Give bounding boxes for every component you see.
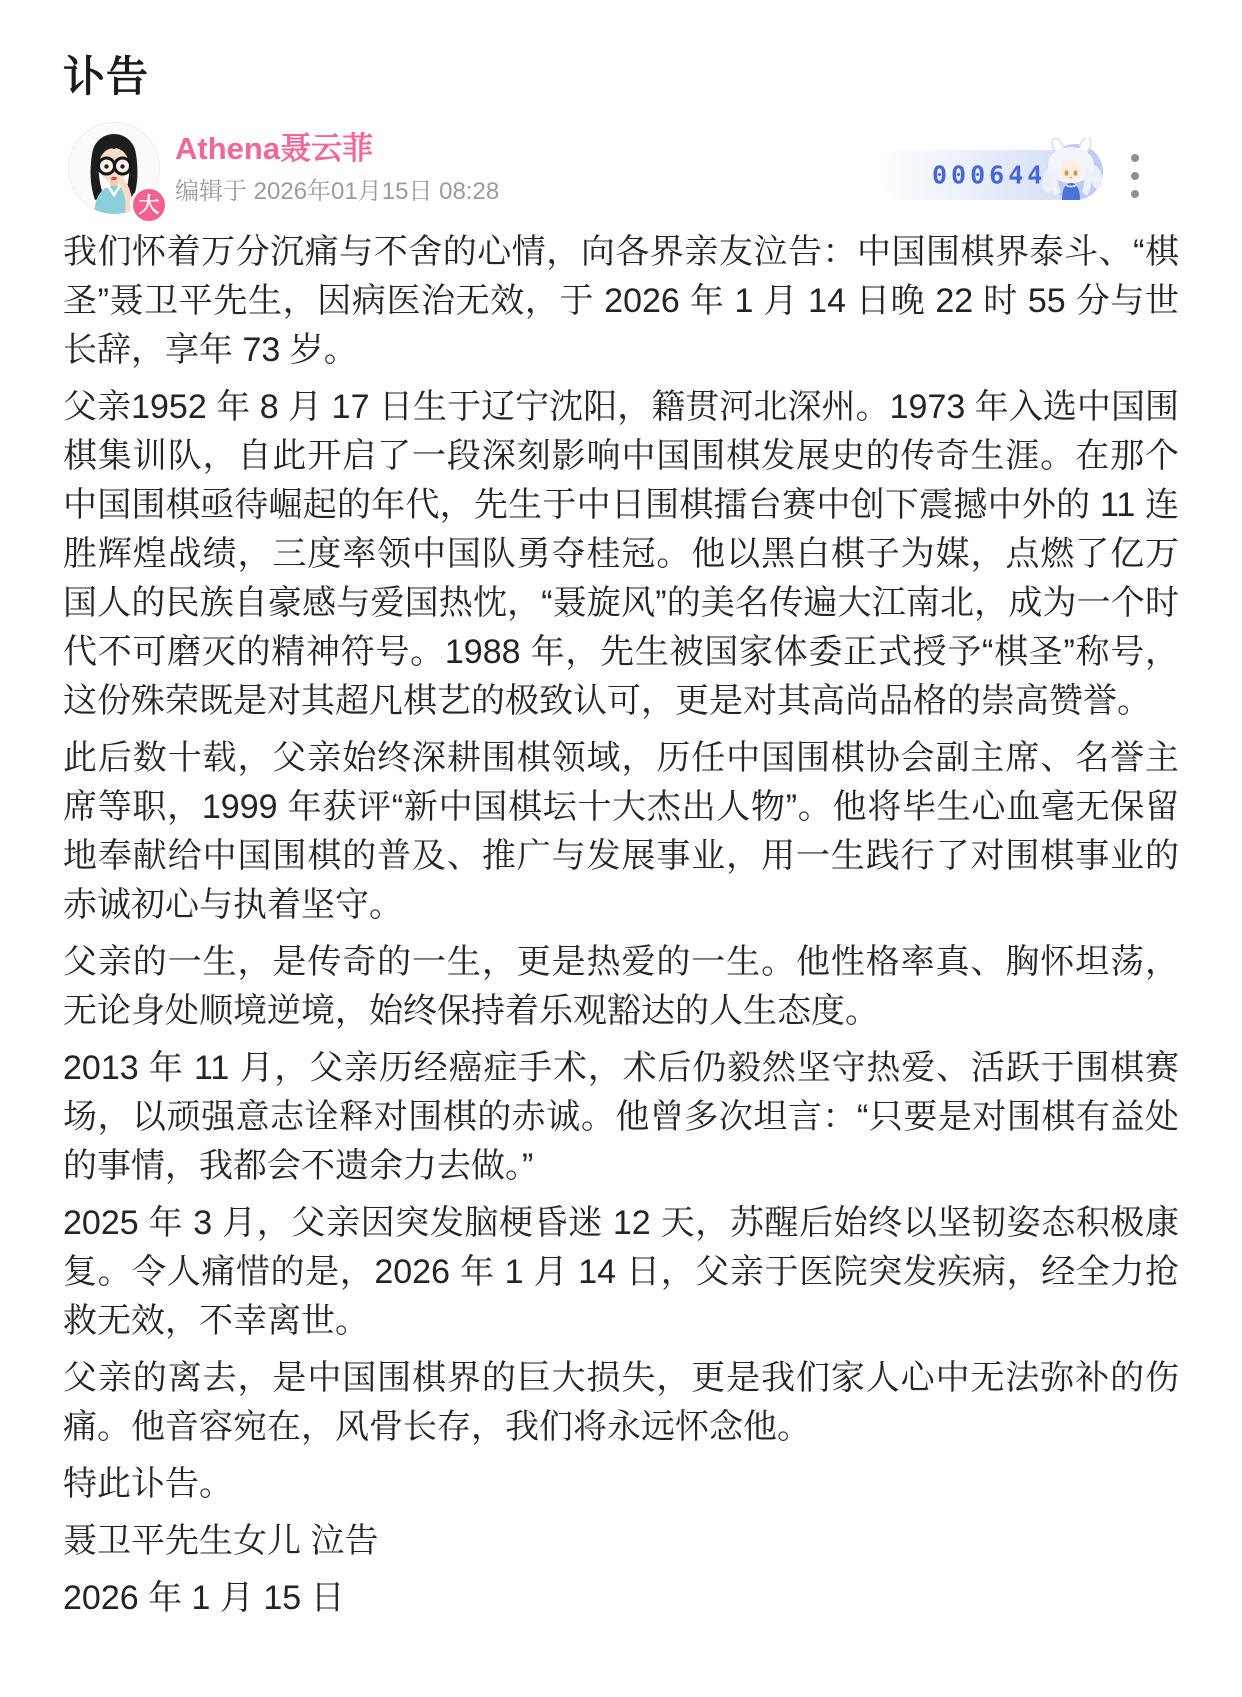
paragraph-date: 2026 年 1 月 15 日 xyxy=(63,1574,1179,1623)
paragraph-signature: 聂卫平先生女儿 泣告 xyxy=(63,1517,1179,1566)
paragraph: 父亲的离去，是中国围棋界的巨大损失，更是我们家人心中无法弥补的伤痛。他音容宛在，… xyxy=(63,1354,1179,1452)
page-title: 讣告 xyxy=(63,44,149,104)
mascot-chibi-icon xyxy=(1039,138,1105,202)
obituary-body: 我们怀着万分沉痛与不舍的心情，向各界亲友泣告：中国围棋界泰斗、“棋圣”聂卫平先生… xyxy=(63,228,1179,1631)
verified-badge-icon: 大 xyxy=(130,186,168,224)
obituary-post-page: 讣告 xyxy=(0,0,1242,1697)
paragraph: 我们怀着万分沉痛与不舍的心情，向各界亲友泣告：中国围棋界泰斗、“棋圣”聂卫平先生… xyxy=(63,228,1179,375)
kebab-dot xyxy=(1131,172,1139,180)
edit-timestamp: 编辑于 2026年01月15日 08:28 xyxy=(175,178,499,206)
post-header: 大 Athena聂云菲 编辑于 2026年01月15日 08:28 000644 xyxy=(63,118,1179,222)
paragraph: 2013 年 11 月，父亲历经癌症手术，术后仍毅然坚守热爱、活跃于围棋赛场，以… xyxy=(63,1044,1179,1191)
kebab-dot xyxy=(1131,154,1139,162)
author-avatar[interactable]: 大 xyxy=(68,122,160,214)
paragraph: 2025 年 3 月，父亲因突发脑梗昏迷 12 天，苏醒后始终以坚韧姿态积极康复… xyxy=(63,1199,1179,1346)
paragraph: 父亲1952 年 8 月 17 日生于辽宁沈阳，籍贯河北深州。1973 年入选中… xyxy=(63,383,1179,726)
kebab-dot xyxy=(1131,190,1139,198)
fan-number: 000644 xyxy=(932,161,1046,190)
verified-badge-label: 大 xyxy=(139,195,160,216)
paragraph: 父亲的一生，是传奇的一生，更是热爱的一生。他性格率真、胸怀坦荡，无论身处顺境逆境… xyxy=(63,938,1179,1036)
paragraph: 特此讣告。 xyxy=(63,1460,1179,1509)
author-block: Athena聂云菲 编辑于 2026年01月15日 08:28 xyxy=(175,130,499,206)
fan-number-badge[interactable]: 000644 xyxy=(876,150,1101,200)
paragraph: 此后数十载，父亲始终深耕围棋领域，历任中国围棋协会副主席、名誉主席等职，1999… xyxy=(63,734,1179,930)
more-options-button[interactable] xyxy=(1126,154,1144,198)
author-name[interactable]: Athena聂云菲 xyxy=(175,130,499,168)
